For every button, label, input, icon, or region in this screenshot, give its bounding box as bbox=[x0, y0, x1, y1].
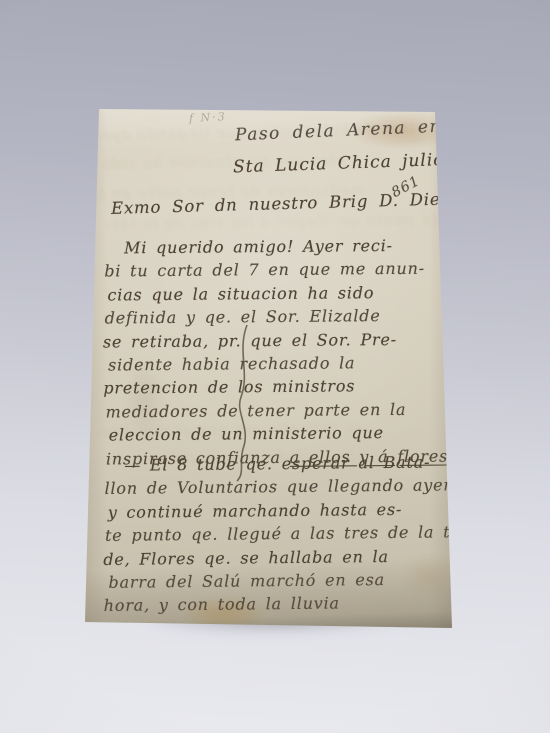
manuscript-line: Mi querido amigo! Ayer reci- bbox=[124, 234, 446, 260]
manuscript-line: cias que la situacion ha sido bbox=[107, 280, 446, 306]
letter-paragraph-2: — El 8 tube qe. esperar al Bata-llon de … bbox=[102, 450, 476, 618]
manuscript-line: te punto qe. llegué a las tres de la tar… bbox=[105, 520, 476, 547]
place-line: Paso dela Arena en bbox=[235, 117, 443, 146]
manuscript-line: definida y qe. el Sor. Elizalde bbox=[105, 304, 447, 330]
manuscript-line: se retiraba, pr. que el Sor. Pre- bbox=[103, 327, 447, 353]
photo-backdrop: llon de Voluntarios que llegando ayer ci… bbox=[0, 0, 550, 733]
manuscript-line: sidente habia rechasado la bbox=[108, 350, 447, 376]
letter-paper: llon de Voluntarios que llegando ayer ci… bbox=[85, 105, 455, 632]
salutation-line: Exmo Sor dn nuestro Brig D. Diego Lamas bbox=[111, 187, 533, 218]
archival-annotation: f N·3 bbox=[189, 110, 227, 125]
manuscript-line: eleccion de un ministerio que bbox=[109, 421, 448, 447]
letter-paragraph-1: Mi querido amigo! Ayer reci-bi tu carta … bbox=[102, 234, 448, 471]
date-line: Sta Lucia Chica julio 10/ bbox=[233, 149, 486, 178]
manuscript-line: bi tu carta del 7 en que me anun- bbox=[104, 257, 446, 283]
manuscript-line: llon de Voluntarios que llegando ayer bbox=[104, 473, 475, 500]
manuscript-line: hora, y con toda la lluvia bbox=[104, 590, 477, 617]
manuscript-line: barra del Salú marchó en esa bbox=[108, 567, 476, 594]
manuscript-line: pretencion de los ministros bbox=[103, 374, 447, 400]
manuscript-line: mediadores de tener parte en la bbox=[105, 397, 447, 423]
